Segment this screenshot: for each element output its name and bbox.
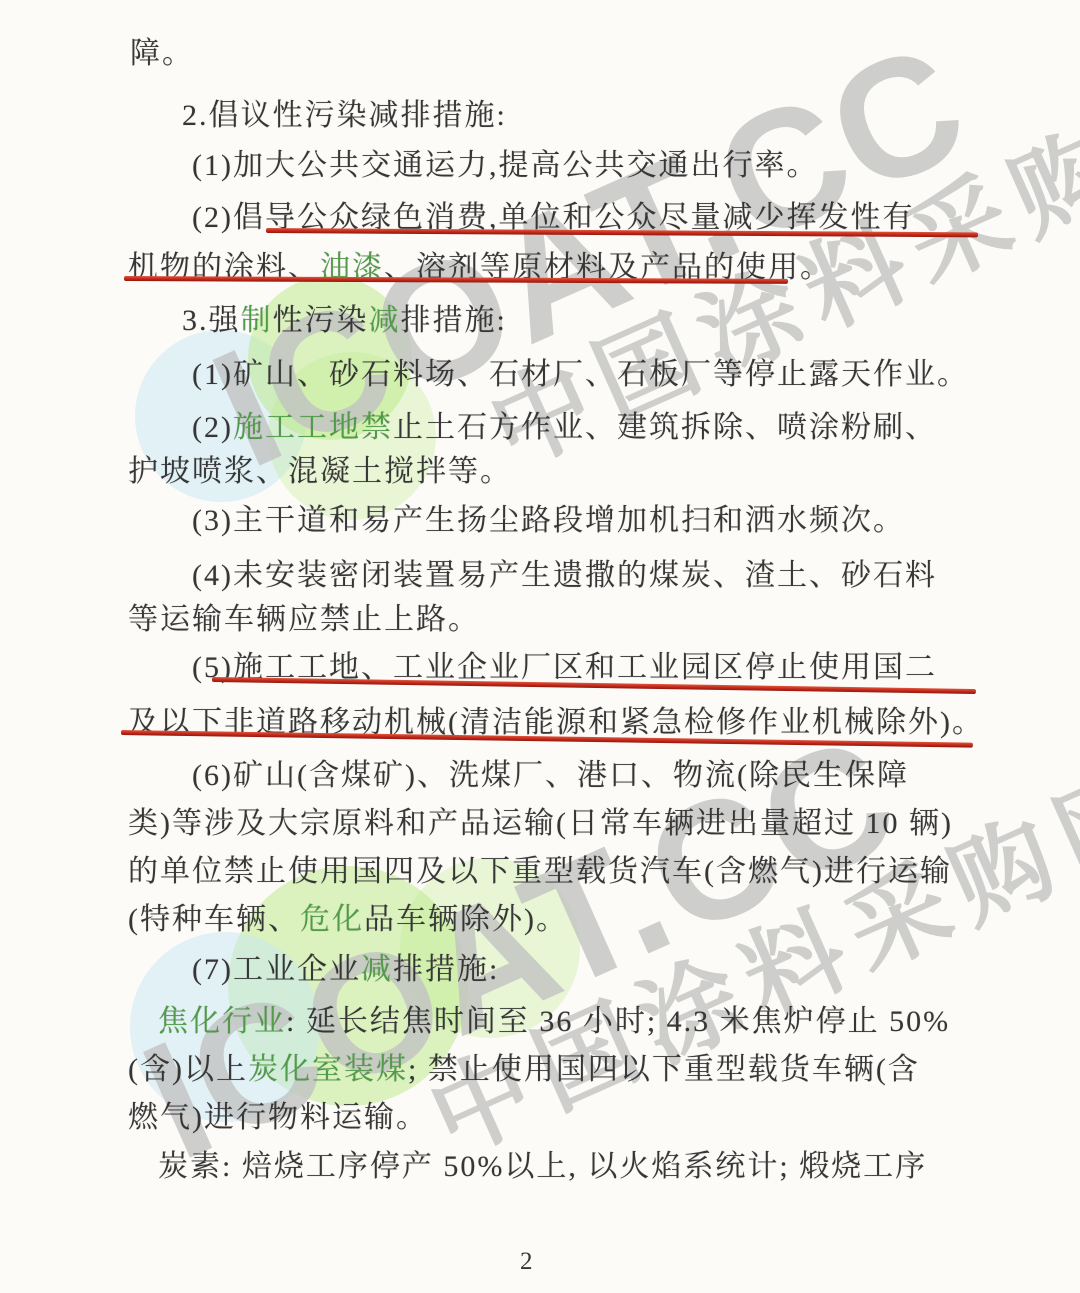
red-underline: [121, 730, 973, 748]
red-underline: [124, 276, 788, 284]
red-underline: [212, 677, 976, 694]
document-page: ICOAT.CC 中国涂料采购网 ICOAT.CC 中国涂料采购网 障。2.倡议…: [0, 0, 1080, 1293]
underline-layer: [0, 0, 1080, 1293]
red-underline: [266, 228, 978, 237]
